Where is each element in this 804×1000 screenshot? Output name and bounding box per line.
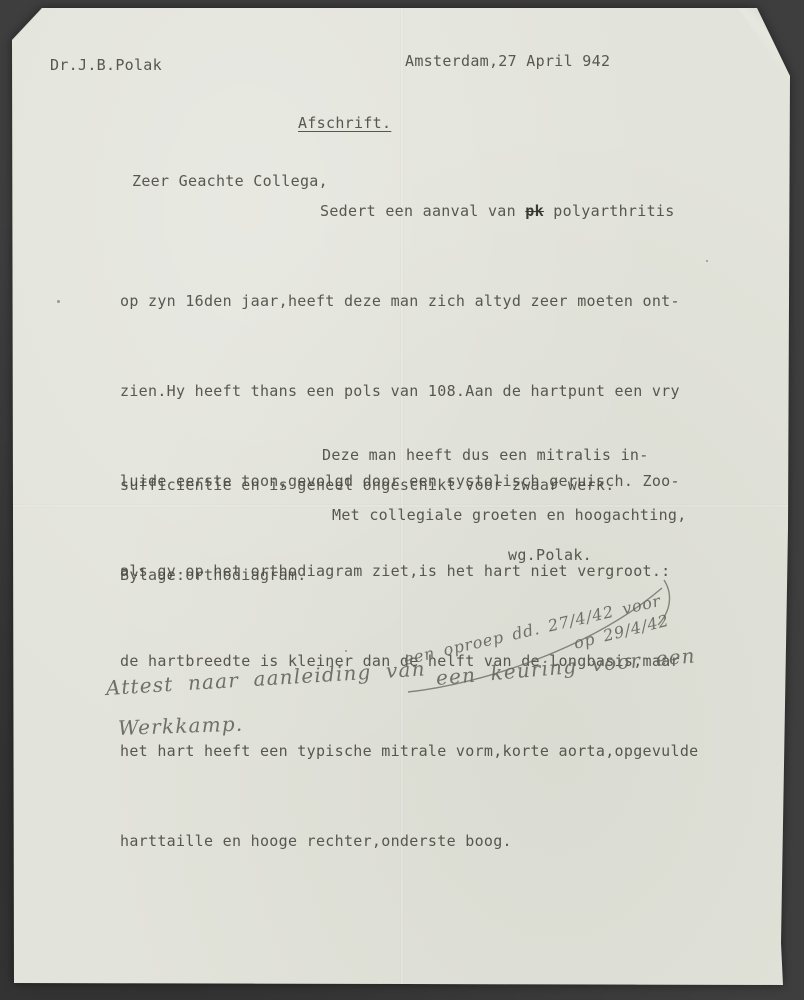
paper-speck [57,300,60,303]
closing-line: Met collegiale groeten en hoogachting, [332,500,687,530]
body-line: op zyn 16den jaar,heeft deze man zich al… [120,286,699,316]
overtyped-correction: pk [525,202,544,220]
clipped-corner-top-right [738,8,790,84]
paragraph1-first-line: Sedert een aanval van pk polyarthritis [320,196,675,226]
document-title: Afschrift. [298,108,391,138]
body-line: harttaille en hooge rechter,onderste boo… [120,826,699,856]
signature: wg.Polak. [508,540,592,570]
salutation: Zeer Geachte Collega, [132,166,328,196]
paragraph1-post: polyarthritis [544,202,675,220]
letter-paper: Dr.J.B.Polak Amsterdam,27 April 942 Afsc… [12,8,790,985]
body-line: zien.Hy heeft thans een pols van 108.Aan… [120,376,699,406]
paragraph2-second-line: sufficientie en is geheel ongeschikt voo… [120,470,615,500]
paper-sheet: Dr.J.B.Polak Amsterdam,27 April 942 Afsc… [12,8,790,985]
sender-name: Dr.J.B.Polak [50,50,162,80]
body-line: het hart heeft een typische mitrale vorm… [120,736,699,766]
paper-speck [706,260,708,262]
dateline: Amsterdam,27 April 942 [405,46,610,76]
handwritten-note-line3: Werkkamp. [118,712,244,740]
folded-corner-top-left [11,7,44,42]
scan-background: Dr.J.B.Polak Amsterdam,27 April 942 Afsc… [0,0,804,1000]
paragraph2-first-line: Deze man heeft dus een mitralis in- [322,440,649,470]
paragraph1-pre: Sedert een aanval van [320,202,525,220]
enclosure-note: Bylage:orthodiagram. [120,560,307,590]
